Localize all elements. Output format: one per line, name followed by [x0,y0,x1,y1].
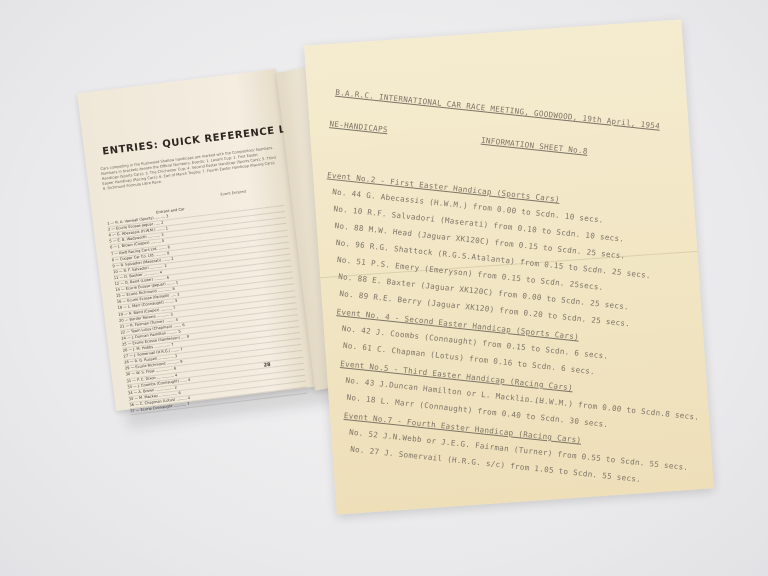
typewritten-information-sheet: B.A.R.C. INTERNATIONAL CAR RACE MEETING,… [304,19,714,514]
booklet-column-header: Event Entered [220,190,246,197]
letter-body: Event No.2 - First Easter Handicap (Spor… [304,19,681,45]
booklet-left-page: ENTRIES: QUICK REFERENCE LIST Cars compe… [77,69,315,411]
letter-sheet-number: INFORMATION SHEET No.8 [481,136,589,156]
letter-reference: NE-HANDICAPS [329,119,388,134]
letter-end-mark: ----- [519,396,544,407]
booklet-page-number: 28 [263,362,271,369]
booklet-entry-list: Entrant and Car 1 — R. A. Vanwall (Sport… [106,195,307,415]
